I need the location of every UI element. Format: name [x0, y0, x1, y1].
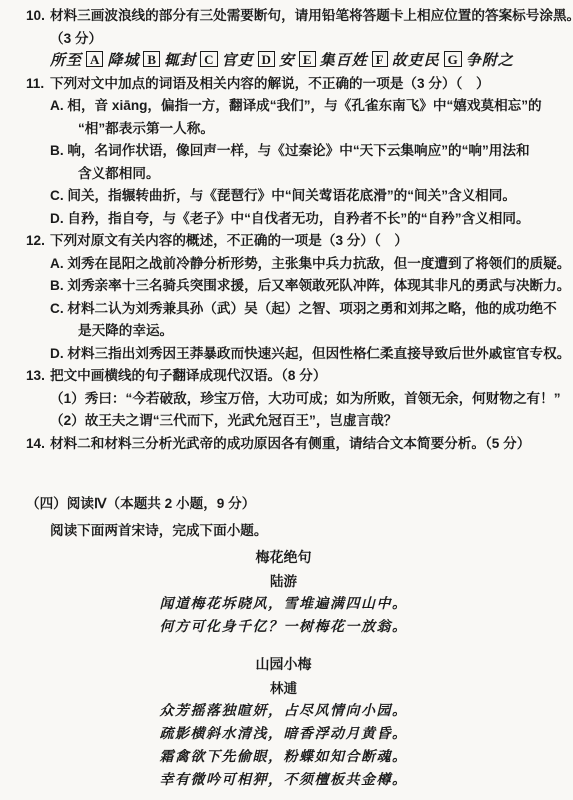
- poem2-verse-4: 幸有微吟可相狎，不须檀板共金樽。: [0, 769, 573, 792]
- q12-stem-line: 12. 下列对原文有关内容的概述，不正确的一项是（3 分）（ ）: [0, 230, 573, 253]
- q10-stem-text: 材料三画波浪线的部分有三处需要断句，请用铅笔将答题卡上相应位置的答案标号涂黑。: [50, 8, 573, 23]
- q11-option-a-text1: A. 相，音 xiāng，偏指一方，翻译成“我们”，与《孔雀东南飞》中“嬉戏莫相…: [50, 98, 542, 113]
- q12-option-c-text2: 是天降的幸运。: [78, 323, 173, 338]
- answer-label-box-f: F: [372, 51, 388, 67]
- q12-option-d-text: D. 材料三指出刘秀因王莽暴政而快速兴起，但因性格仁柔直接导致后世外戚宦官专权。: [50, 346, 570, 361]
- exam-page: { "colors": { "background": "#f9f8f5", "…: [0, 0, 573, 800]
- answer-label-box-g: G: [444, 51, 462, 67]
- poem1-verse-1: 闻道梅花坼晓风，雪堆遍满四山中。: [0, 593, 573, 616]
- q11-option-a-line2: “相”都表示第一人称。: [0, 118, 573, 141]
- section4-intro-line: 阅读下面两首宋诗，完成下面小题。: [0, 520, 573, 543]
- q10-score: （3 分）: [50, 31, 102, 46]
- q11-option-d-line: D. 自矜，指自夸，与《老子》中“自伐者无功，自矜者不长”的“自矜”含义相同。: [0, 208, 573, 231]
- q10-number: 10.: [26, 5, 45, 28]
- q13-sentence1-line: （1）秀曰：“今若破敌，珍宝万倍，大功可成；如为所败，首领无余，何财物之有！”: [0, 388, 573, 411]
- q11-option-a-line1: A. 相，音 xiāng，偏指一方，翻译成“我们”，与《孔雀东南飞》中“嬉戏莫相…: [0, 95, 573, 118]
- q13-sentence2-line: （2）故王夫之谓“三代而下，光武允冠百王”，岂虚言哉？: [0, 410, 573, 433]
- section4-heading: （四）阅读Ⅳ（本题共 2 小题，9 分）: [0, 493, 573, 516]
- seg-text-8: 争附之: [466, 53, 514, 69]
- q13-number: 13.: [26, 365, 45, 388]
- poem1-author: 陆游: [0, 570, 573, 593]
- q12-option-c-text1: C. 材料二认为刘秀兼具孙（武）吴（起）之智、项羽之勇和刘邦之略，他的成功绝不: [50, 301, 557, 316]
- seg-text-5: 安: [279, 53, 295, 69]
- q12-number: 12.: [26, 230, 45, 253]
- q12-option-c-line1: C. 材料二认为刘秀兼具孙（武）吴（起）之智、项羽之勇和刘邦之略，他的成功绝不: [0, 298, 573, 321]
- q12-option-b-text: B. 刘秀亲率十三名骑兵突围求援，后又率领敢死队冲阵，体现其非凡的勇武与决断力。: [50, 278, 570, 293]
- q13-sentence2-text: （2）故王夫之谓“三代而下，光武允冠百王”，岂虚言哉？: [50, 413, 397, 428]
- q12-option-d-line: D. 材料三指出刘秀因王莽暴政而快速兴起，但因性格仁柔直接导致后世外戚宦官专权。: [0, 343, 573, 366]
- q11-stem-line: 11. 下列对文中加点的词语及相关内容的解说，不正确的一项是（3 分）（ ）: [0, 73, 573, 96]
- seg-text-1: 所至: [50, 53, 82, 69]
- seg-text-7: 故吏民: [392, 53, 440, 69]
- q13-sentence1-text: （1）秀曰：“今若破敌，珍宝万倍，大功可成；如为所败，首领无余，何财物之有！”: [50, 391, 561, 406]
- q14-stem-text: 材料二和材料三分析光武帝的成功原因各有侧重，请结合文本简要分析。（5 分）: [50, 436, 530, 451]
- seg-text-4: 官吏: [222, 53, 254, 69]
- poem2-author: 林逋: [0, 677, 573, 700]
- q12-stem-text: 下列对原文有关内容的概述，不正确的一项是（3 分）（ ）: [50, 233, 408, 248]
- seg-text-6: 集百姓: [320, 53, 368, 69]
- q12-option-a-line: A. 刘秀在昆阳之战前冷静分析形势，主张集中兵力抗敌，但一度遭到了将领们的质疑。: [0, 253, 573, 276]
- q10-stem-line: 10. 材料三画波浪线的部分有三处需要断句，请用铅笔将答题卡上相应位置的答案标号…: [0, 5, 573, 28]
- q14-stem-line: 14. 材料二和材料三分析光武帝的成功原因各有侧重，请结合文本简要分析。（5 分…: [0, 433, 573, 456]
- answer-label-box-b: B: [143, 51, 160, 67]
- q11-option-b-text1: B. 响，名词作状语，像回声一样，与《过秦论》中“天下云集响应”的“响”用法和: [50, 143, 530, 158]
- answer-label-box-c: C: [200, 51, 217, 67]
- section4-intro-text: 阅读下面两首宋诗，完成下面小题。: [50, 523, 268, 538]
- q12-option-b-line: B. 刘秀亲率十三名骑兵突围求援，后又率领敢死队冲阵，体现其非凡的勇武与决断力。: [0, 275, 573, 298]
- poem2-verse-3: 霜禽欲下先偷眼，粉蝶如知合断魂。: [0, 746, 573, 769]
- q11-option-b-text2: 含义都相同。: [78, 166, 160, 181]
- seg-text-2: 降城: [107, 53, 139, 69]
- q11-option-a-text2: “相”都表示第一人称。: [78, 121, 214, 136]
- section4-heading-text: （四）阅读Ⅳ（本题共 2 小题，9 分）: [26, 496, 255, 511]
- q11-number: 11.: [26, 73, 44, 96]
- q10-score-line: （3 分）: [0, 28, 573, 51]
- q11-stem-text: 下列对文中加点的词语及相关内容的解说，不正确的一项是（3 分）（ ）: [50, 76, 490, 91]
- q11-option-c-text: C. 间关，指辗转曲折，与《琵琶行》中“间关莺语花底滑”的“间关”含义相同。: [50, 188, 516, 203]
- poem1-verse-2: 何方可化身千亿？一树梅花一放翁。: [0, 616, 573, 639]
- q11-option-d-text: D. 自矜，指自夸，与《老子》中“自伐者无功，自矜者不长”的“自矜”含义相同。: [50, 211, 530, 226]
- q12-option-c-line2: 是天降的幸运。: [0, 320, 573, 343]
- answer-label-box-e: E: [299, 51, 316, 67]
- q13-stem-text: 把文中画横线的句子翻译成现代汉语。（8 分）: [50, 368, 326, 383]
- q10-segmentation-line: 所至A降城B辄封C官吏D安E集百姓F故吏民G争附之: [0, 50, 573, 73]
- q12-option-a-text: A. 刘秀在昆阳之战前冷静分析形势，主张集中兵力抗敌，但一度遭到了将领们的质疑。: [50, 256, 570, 271]
- q13-stem-line: 13. 把文中画横线的句子翻译成现代汉语。（8 分）: [0, 365, 573, 388]
- q11-option-c-line: C. 间关，指辗转曲折，与《琵琶行》中“间关莺语花底滑”的“间关”含义相同。: [0, 185, 573, 208]
- seg-text-3: 辄封: [164, 53, 196, 69]
- exam-document: 10. 材料三画波浪线的部分有三处需要断句，请用铅笔将答题卡上相应位置的答案标号…: [0, 0, 573, 792]
- poem2-verse-2: 疏影横斜水清浅，暗香浮动月黄昏。: [0, 723, 573, 746]
- answer-label-box-a: A: [86, 51, 103, 67]
- answer-label-box-d: D: [258, 51, 275, 67]
- q14-number: 14.: [26, 433, 45, 456]
- q11-option-b-line1: B. 响，名词作状语，像回声一样，与《过秦论》中“天下云集响应”的“响”用法和: [0, 140, 573, 163]
- poem2-verse-1: 众芳摇落独暄妍，占尽风情向小园。: [0, 700, 573, 723]
- poem1-title: 梅花绝句: [0, 546, 573, 569]
- poem2-title: 山园小梅: [0, 653, 573, 676]
- q11-option-b-line2: 含义都相同。: [0, 163, 573, 186]
